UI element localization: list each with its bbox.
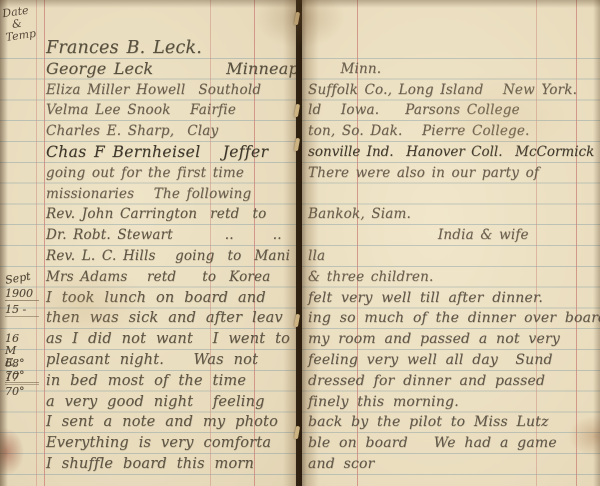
margin-entry-day: 15 - (5, 303, 39, 317)
margin-entry-year: 1900 (5, 287, 39, 301)
handwritten-line (308, 184, 598, 205)
handwritten-line: finely this morning. (308, 392, 598, 413)
handwritten-line: in bed most of the time (46, 371, 294, 392)
handwritten-line: Charles E. Sharp, Clay (46, 121, 294, 142)
handwritten-line: Mrs Adams retd to Korea (46, 267, 294, 288)
handwritten-line: Rev. John Carrington retd to (46, 204, 294, 225)
margin-entry-day: 17 (5, 371, 39, 385)
handwritten-line: Frances B. Leck. (46, 38, 294, 59)
handwritten-line: Rev. L. C. Hills going to Mani (46, 246, 294, 267)
left-page-text: Frances B. Leck. George Leck Minneapolis… (46, 38, 294, 475)
left-page: Date & Temp Sept 1900 15 - 16 M 68° E. 7… (0, 0, 296, 486)
right-page-text: Minn. Suffolk Co., Long Island New York.… (308, 38, 598, 475)
handwritten-line: going out for the first time (46, 163, 294, 184)
handwritten-line: a very good night feeling (46, 392, 294, 413)
binding-stitch (294, 314, 300, 327)
right-page: Minn. Suffolk Co., Long Island New York.… (302, 0, 600, 486)
handwritten-line: Eliza Miller Howell Southold (46, 80, 294, 101)
handwritten-line: Suffolk Co., Long Island New York. (308, 80, 598, 101)
handwritten-line: ld Iowa. Parsons College (308, 100, 598, 121)
handwritten-line: India & wife (308, 225, 598, 246)
handwritten-line: dressed for dinner and passed (308, 371, 598, 392)
handwritten-line: Chas F Bernheisel Jeffer (46, 142, 294, 163)
handwritten-line: Bankok, Siam. (308, 204, 598, 225)
margin-entry-month: Sept (4, 268, 40, 287)
handwritten-line: Dr. Robt. Stewart .. .. (46, 225, 294, 246)
handwritten-line: missionaries The following (46, 184, 294, 205)
handwritten-line: I took lunch on board and (46, 288, 294, 309)
diary-open-book: Date & Temp Sept 1900 15 - 16 M 68° E. 7… (0, 0, 600, 486)
handwritten-line: Velma Lee Snook Fairfie (46, 100, 294, 121)
handwritten-line: my room and passed a not very (308, 329, 598, 350)
handwritten-line: then was sick and after leav (46, 308, 294, 329)
binding-stitch (294, 12, 300, 25)
margin-entry-temp: 70° (5, 385, 39, 398)
binding-stitch (294, 426, 300, 439)
handwritten-line: & three children. (308, 267, 598, 288)
date-temp-column: Date & Temp Sept 1900 15 - 16 M 68° E. 7… (0, 0, 44, 486)
handwritten-line (308, 38, 598, 59)
handwritten-line: feeling very well all day Sund (308, 350, 598, 371)
handwritten-line: as I did not want I went to (46, 329, 294, 350)
handwritten-line: ing so much of the dinner over board (308, 308, 598, 329)
handwritten-line: Minn. (308, 59, 598, 80)
handwritten-line: and scor (308, 454, 598, 475)
binding-stitch (294, 138, 300, 151)
left-margin-rule (44, 0, 45, 486)
handwritten-line: pleasant night. Was not (46, 350, 294, 371)
handwritten-line: sonville Ind. Hanover Coll. McCormick Se… (308, 142, 598, 163)
date-temp-header: Date & Temp (2, 4, 37, 44)
handwritten-line: ble on board We had a game (308, 433, 598, 454)
binding-stitch (294, 104, 300, 117)
date-temp-header-line: Temp (5, 28, 37, 44)
handwritten-line: I sent a note and my photo (46, 412, 294, 433)
handwritten-line: Everything is very comforta (46, 433, 294, 454)
handwritten-line: ton, So. Dak. Pierre College. (308, 121, 598, 142)
handwritten-line: lla (308, 246, 598, 267)
handwritten-line: There were also in our party of (308, 163, 598, 184)
handwritten-line: back by the pilot to Miss Lutz (308, 412, 598, 433)
handwritten-line: I shuffle board this morn (46, 454, 294, 475)
handwritten-line: George Leck Minneapolis (46, 59, 294, 80)
handwritten-line: felt very well till after dinner. (308, 288, 598, 309)
